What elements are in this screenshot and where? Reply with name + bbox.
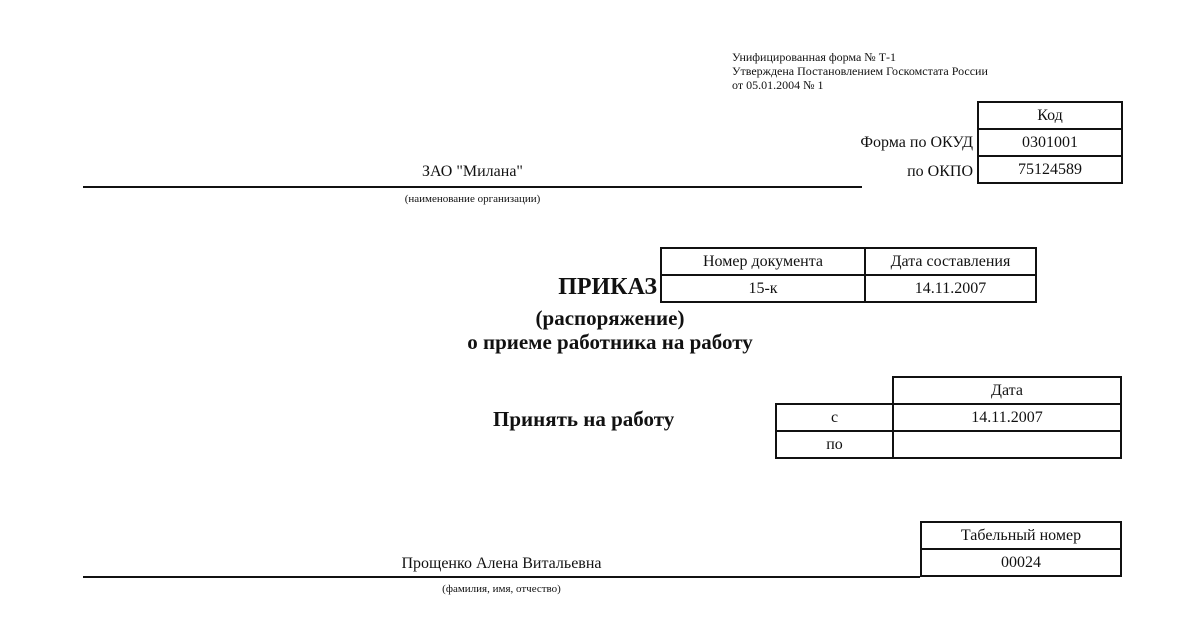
hire-table: Дата с 14.11.2007 по (775, 376, 1122, 459)
hire-from-label: с (776, 404, 893, 431)
employee-caption: (фамилия, имя, отчество) (83, 583, 920, 595)
hire-date-header: Дата (893, 377, 1121, 404)
okpo-label: по ОКПО (907, 163, 973, 181)
codes-header: Код (978, 102, 1122, 129)
organization-name: ЗАО "Милана" (83, 163, 862, 181)
form-header: Унифицированная форма № Т-1 Утверждена П… (732, 50, 988, 92)
organization-underline (83, 186, 862, 188)
doc-number-header: Номер документа (661, 248, 865, 275)
order-subtitle: (распоряжение) (400, 306, 820, 331)
doc-date: 14.11.2007 (865, 275, 1036, 302)
okud-value: 0301001 (978, 129, 1122, 156)
form-header-line2: Утверждена Постановлением Госкомстата Ро… (732, 64, 988, 78)
order-subject: о приеме работника на работу (400, 330, 820, 355)
form-header-line3: от 05.01.2004 № 1 (732, 78, 988, 92)
document-table: Номер документа Дата составления 15-к 14… (660, 247, 1037, 303)
organization-caption: (наименование организации) (83, 193, 862, 205)
employee-underline (83, 576, 920, 578)
codes-table: Код 0301001 75124589 (977, 101, 1123, 184)
okpo-value: 75124589 (978, 156, 1122, 183)
form-header-line1: Унифицированная форма № Т-1 (732, 50, 988, 64)
tab-number: 00024 (921, 549, 1121, 576)
employee-name: Прощенко Алена Витальевна (83, 555, 920, 573)
doc-number: 15-к (661, 275, 865, 302)
hire-to-date (893, 431, 1121, 458)
tab-number-table: Табельный номер 00024 (920, 521, 1122, 577)
hire-label: Принять на работу (493, 407, 674, 432)
doc-date-header: Дата составления (865, 248, 1036, 275)
hire-to-label: по (776, 431, 893, 458)
okud-label: Форма по ОКУД (860, 134, 973, 152)
hire-from-date: 14.11.2007 (893, 404, 1121, 431)
order-title: ПРИКАЗ (558, 274, 657, 301)
tab-number-header: Табельный номер (921, 522, 1121, 549)
